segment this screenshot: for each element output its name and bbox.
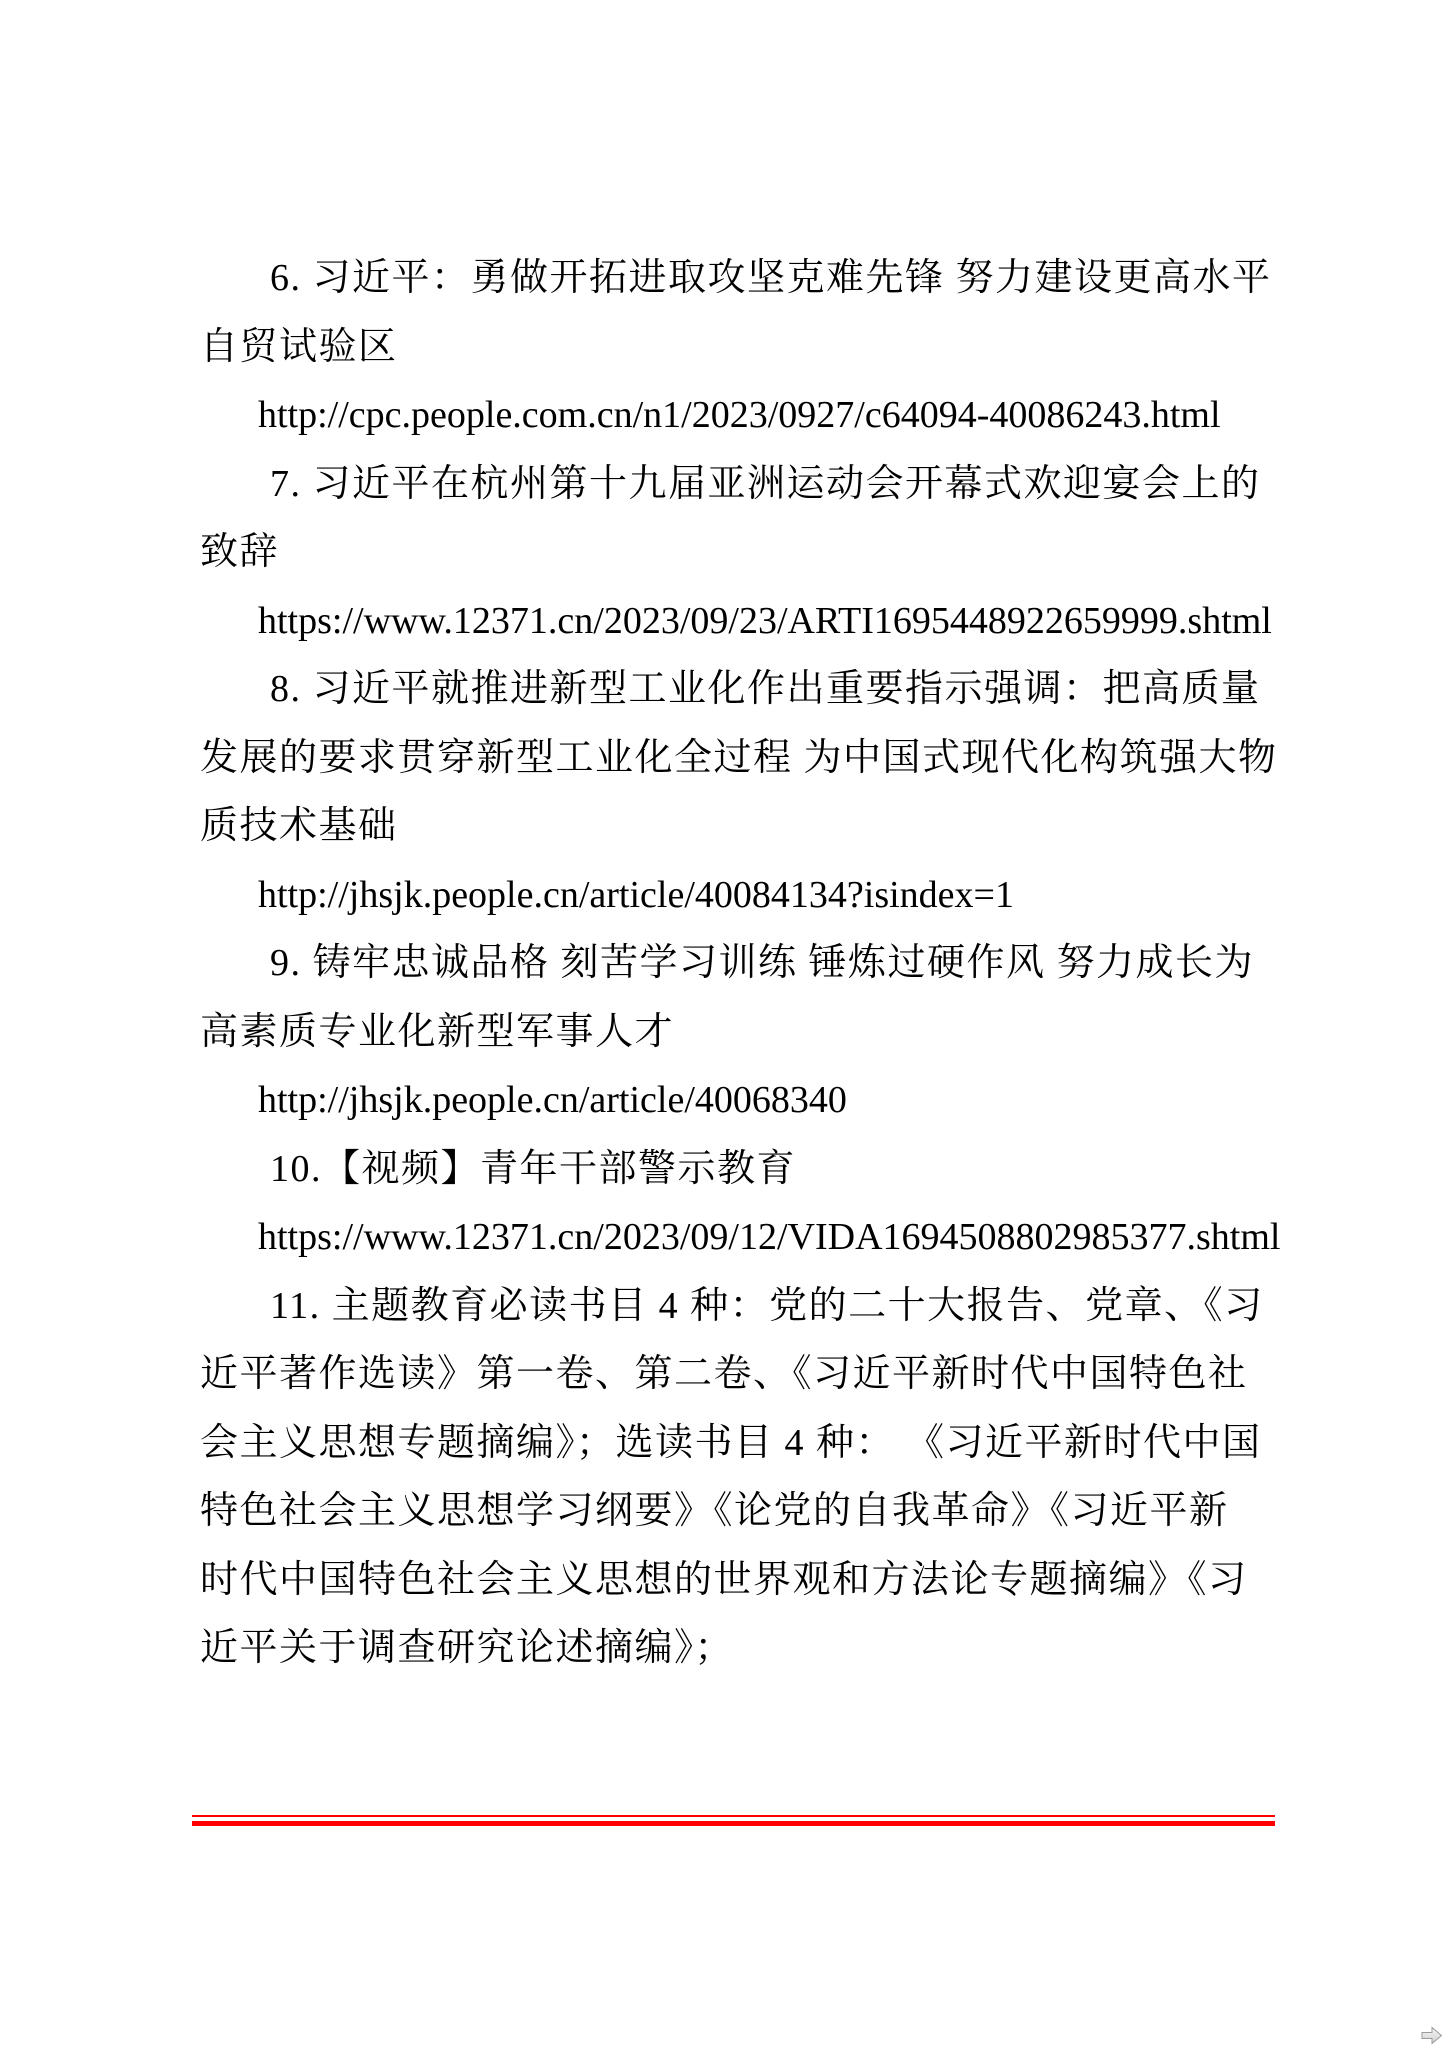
text-line: 发展的要求贯穿新型工业化全过程 为中国式现代化构筑强大物 [200, 724, 1270, 793]
text-line: 质技术基础 [200, 792, 1270, 861]
text-line: 11. 主题教育必读书目 4 种：党的二十大报告、党章、《习 [200, 1272, 1270, 1341]
document-body: 6. 习近平：勇做开拓进取攻坚克难先锋 努力建设更高水平自贸试验区http://… [200, 244, 1270, 1683]
text-line: 近平著作选读》第一卷、第二卷、《习近平新时代中国特色社 [200, 1340, 1270, 1409]
text-line: 7. 习近平在杭州第十九届亚洲运动会开幕式欢迎宴会上的 [200, 450, 1270, 519]
text-line: 近平关于调查研究论述摘编》； [200, 1614, 1270, 1683]
text-line: 特色社会主义思想学习纲要》《论党的自我革命》《习近平新 [200, 1477, 1270, 1546]
text-line: 致辞 [200, 518, 1270, 587]
url-line: https://www.12371.cn/2023/09/23/ARTI1695… [200, 587, 1270, 656]
text-line: 会主义思想专题摘编》；选读书目 4 种： 《习近平新时代中国 [200, 1409, 1270, 1478]
footer-double-rule [192, 1815, 1275, 1826]
page-arrow-glyph [1421, 2026, 1443, 2045]
text-line: 自贸试验区 [200, 313, 1270, 382]
next-page-icon[interactable] [1421, 2026, 1443, 2045]
text-line: 6. 习近平：勇做开拓进取攻坚克难先锋 努力建设更高水平 [200, 244, 1270, 313]
text-line: 10.【视频】青年干部警示教育 [200, 1135, 1270, 1204]
text-line: 9. 铸牢忠诚品格 刻苦学习训练 锤炼过硬作风 努力成长为 [200, 929, 1270, 998]
url-line: http://jhsjk.people.cn/article/40084134?… [200, 861, 1270, 930]
url-line: http://jhsjk.people.cn/article/40068340 [200, 1066, 1270, 1135]
text-line: 时代中国特色社会主义思想的世界观和方法论专题摘编》《习 [200, 1546, 1270, 1615]
document-page: 6. 习近平：勇做开拓进取攻坚克难先锋 努力建设更高水平自贸试验区http://… [0, 0, 1452, 2053]
text-line: 8. 习近平就推进新型工业化作出重要指示强调：把高质量 [200, 655, 1270, 724]
url-line: https://www.12371.cn/2023/09/12/VIDA1694… [200, 1203, 1270, 1272]
url-line: http://cpc.people.com.cn/n1/2023/0927/c6… [200, 381, 1270, 450]
text-line: 高素质专业化新型军事人才 [200, 998, 1270, 1067]
